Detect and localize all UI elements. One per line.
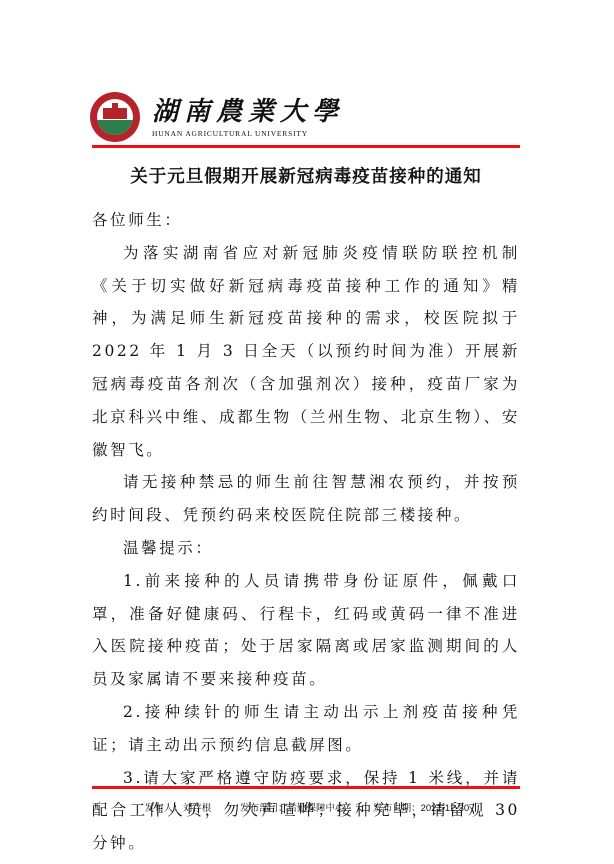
university-name-cn: 湖南農業大學	[152, 97, 344, 127]
publish-date: 发布日期：2021-12-30	[373, 803, 469, 814]
letterhead: 湖南農業大學 HUNAN AGRICULTURAL UNIVERSITY	[90, 92, 344, 142]
department: 发布部门：后勤保障中心	[240, 803, 345, 814]
university-name-en: HUNAN AGRICULTURAL UNIVERSITY	[152, 129, 344, 138]
publisher: 发布人：刘存根	[145, 803, 212, 814]
university-name: 湖南農業大學 HUNAN AGRICULTURAL UNIVERSITY	[152, 97, 344, 138]
tips-heading: 温馨提示：	[92, 532, 520, 565]
publish-info: 发布人：刘存根 发布部门：后勤保障中心 发布日期：2021-12-30	[0, 800, 614, 814]
tip-item: 2.接种续针的师生请主动出示上剂疫苗接种凭证；请主动出示预约信息截屏图。	[92, 696, 520, 762]
tip-item: 1.前来接种的人员请携带身份证原件，佩戴口罩，准备好健康码、行程卡，红码或黄码一…	[92, 565, 520, 696]
university-seal-icon	[90, 92, 140, 142]
document-title: 关于元旦假期开展新冠病毒疫苗接种的通知	[92, 163, 520, 188]
salutation: 各位师生：	[92, 204, 520, 237]
paragraph: 请无接种禁忌的师生前往智慧湘农预约，并按预约时间段、凭预约码来校医院住院部三楼接…	[92, 466, 520, 532]
top-red-divider	[92, 145, 520, 148]
paragraph: 为落实湖南省应对新冠肺炎疫情联防联控机制《关于切实做好新冠病毒疫苗接种工作的通知…	[92, 237, 520, 467]
bottom-red-divider	[92, 786, 520, 789]
document-body: 各位师生： 为落实湖南省应对新冠肺炎疫情联防联控机制《关于切实做好新冠病毒疫苗接…	[92, 204, 520, 860]
